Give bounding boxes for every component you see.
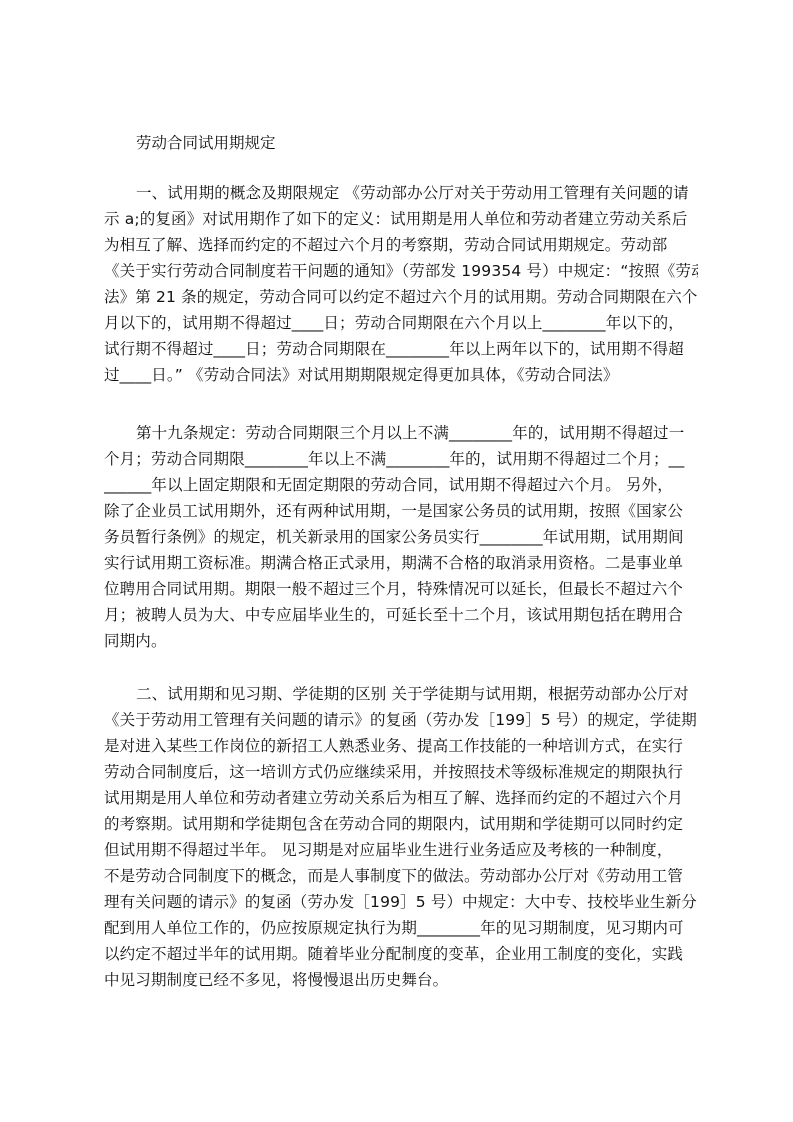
text-line: 除了企业员工试用期外，还有两种试用期，一是国家公务员的试用期，按照《国家公 [104, 500, 698, 522]
text-line: 个月；劳动合同期限________年以上不满________年的，试用期不得超过… [104, 448, 698, 470]
text-line: 示 a;的复函》对试用期作了如下的定义：试用期是用人单位和劳动者建立劳动关系后 [104, 208, 698, 230]
text-line: 为相互了解、选择而约定的不超过六个月的考察期，劳动合同试用期规定。劳动部 [104, 234, 698, 256]
text-line: 的考察期。试用期和学徒期包含在劳动合同的期限内，试用期和学徒期可以同时约定 [104, 813, 698, 835]
text-line: 同期内。 [104, 630, 698, 652]
text-line: 一、试用期的概念及期限规定 《劳动部办公厅对关于劳动用工管理有关问题的请 [136, 182, 698, 204]
text-line: ______年以上固定期限和无固定期限的劳动合同，试用期不得超过六个月。 另外， [104, 474, 698, 496]
text-line: 理有关问题的请示》的复函（劳办发［199］5 号）中规定：大中专、技校毕业生新分 [104, 891, 698, 913]
text-line: 《关于实行劳动合同制度若干问题的通知》（劳部发 199354 号）中规定：“按照… [104, 260, 698, 282]
text-line: 第十九条规定：劳动合同期限三个月以上不满________年的，试用期不得超过一 [136, 422, 698, 444]
text-line: 是对进入某些工作岗位的新招工人熟悉业务、提高工作技能的一种培训方式，在实行 [104, 735, 698, 757]
document-page: 劳动合同试用期规定 一、试用期的概念及期限规定 《劳动部办公厅对关于劳动用工管理… [0, 0, 793, 1122]
text-line: 配到用人单位工作的，仍应按原规定执行为期________年的见习期制度，见习期内… [104, 917, 698, 939]
text-line: 中见习期制度已经不多见，将慢慢退出历史舞台。 [104, 969, 698, 991]
text-line: 过____日。” 《劳动合同法》对试用期期限规定得更加具体，《劳动合同法》 [104, 364, 698, 386]
text-line: 法》第 21 条的规定，劳动合同可以约定不超过六个月的试用期。劳动合同期限在六个 [104, 286, 698, 308]
text-line: 以约定不超过半年的试用期。随着毕业分配制度的变革，企业用工制度的变化，实践 [104, 943, 698, 965]
text-line: 务员暂行条例》的规定，机关新录用的国家公务员实行________年试用期，试用期… [104, 526, 698, 548]
text-line: 《关于劳动用工管理有关问题的请示》的复函（劳办发［199］5 号）的规定，学徒期 [104, 709, 698, 731]
text-line: 月以下的，试用期不得超过____日；劳动合同期限在六个月以上________年以… [104, 312, 698, 334]
text-line: 不是劳动合同制度下的概念，而是人事制度下的做法。劳动部办公厅对《劳动用工管 [104, 865, 698, 887]
text-line: 实行试用期工资标准。期满合格正式录用，期满不合格的取消录用资格。二是事业单 [104, 552, 698, 574]
text-line: 试行期不得超过____日；劳动合同期限在________年以上两年以下的，试用期… [104, 338, 698, 360]
text-line: 位聘用合同试用期。期限一般不超过三个月，特殊情况可以延长，但最长不超过六个 [104, 578, 698, 600]
text-line: 二、试用期和见习期、学徒期的区别 关于学徒期与试用期，根据劳动部办公厅对 [136, 683, 698, 705]
document-title: 劳动合同试用期规定 [136, 131, 276, 153]
text-line: 试用期是用人单位和劳动者建立劳动关系后为相互了解、选择而约定的不超过六个月 [104, 787, 698, 809]
text-line: 但试用期不得超过半年。 见习期是对应届毕业生进行业务适应及考核的一种制度， [104, 839, 698, 861]
text-line: 月；被聘人员为大、中专应届毕业生的，可延长至十二个月，该试用期包括在聘用合 [104, 604, 698, 626]
text-line: 劳动合同制度后，这一培训方式仍应继续采用，并按照技术等级标准规定的期限执行 [104, 761, 698, 783]
